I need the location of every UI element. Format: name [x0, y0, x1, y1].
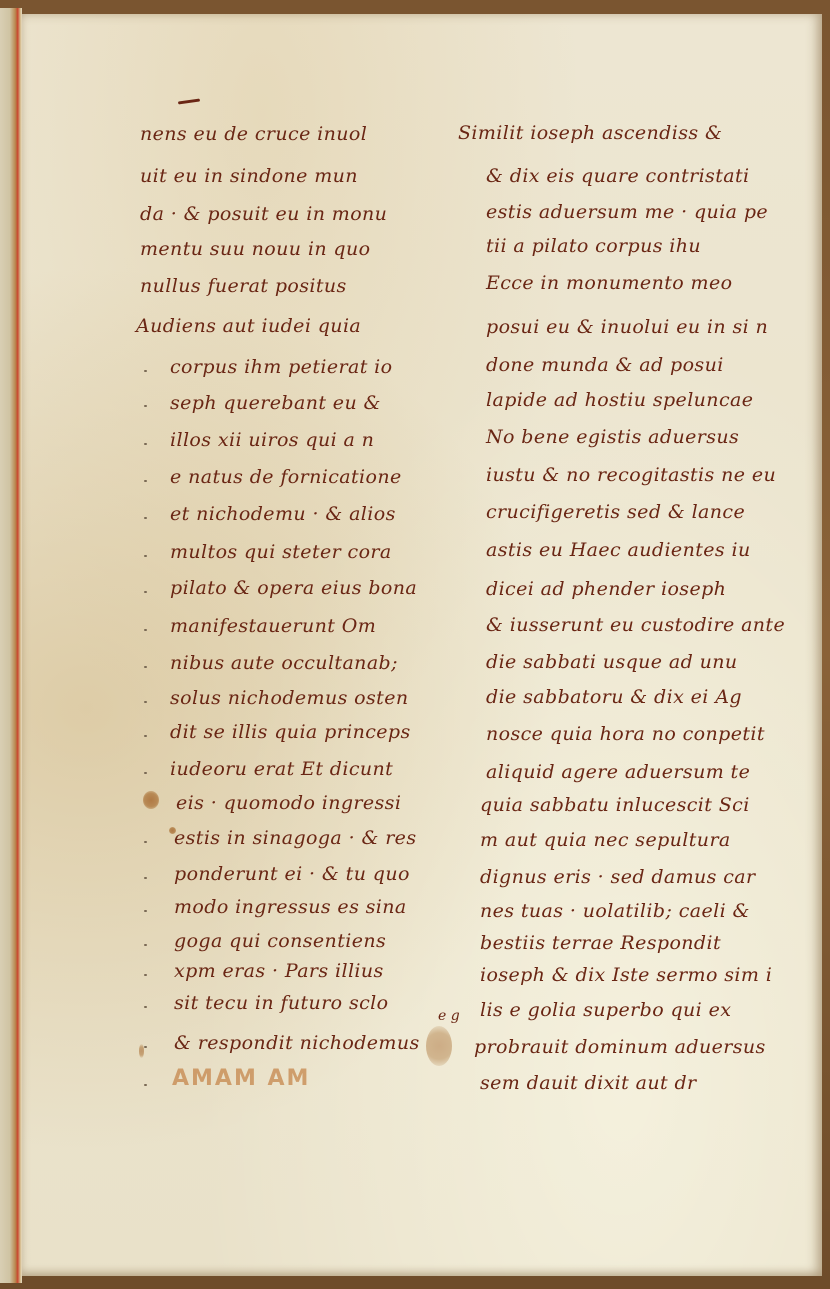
text-line: quia sabbatu inlucescit Sci: [480, 788, 750, 822]
text-line: nibus aute occultanab;: [170, 646, 398, 680]
text-line: modo ingressus es sina: [174, 890, 407, 924]
text-line: corpus ihm petierat io: [170, 350, 393, 384]
pricking-mark: [144, 735, 147, 737]
text-line: posui eu & inuolui eu in si n: [486, 310, 768, 344]
gutter-edge: [0, 8, 22, 1283]
text-line: e natus de fornicatione: [170, 460, 402, 494]
pricking-mark: [144, 772, 147, 774]
text-line: iudeoru erat Et dicunt: [170, 752, 393, 786]
ink-stain: [426, 1026, 452, 1066]
ink-stain: [143, 791, 159, 809]
text-line: crucifigeretis sed & lance: [486, 495, 745, 529]
text-line: solus nichodemus osten: [170, 681, 408, 715]
text-line: multos qui steter cora: [170, 535, 392, 569]
text-line: dit se illis quia princeps: [170, 715, 411, 749]
text-line: estis in sinagoga · & res: [174, 821, 416, 855]
text-line: & iusserunt eu custodire ante: [486, 608, 785, 642]
text-line: die sabbati usque ad unu: [486, 645, 738, 679]
text-line: mentu suu nouu in quo: [140, 232, 370, 266]
text-line: uit eu in sindone mun: [140, 159, 358, 193]
pricking-mark: [144, 591, 147, 593]
text-line: ponderunt ei · & tu quo: [174, 857, 410, 891]
pricking-mark: [144, 443, 147, 445]
text-line: nens eu de cruce inuol: [140, 117, 367, 151]
superscript-correction: e g: [438, 1008, 460, 1024]
pricking-mark: [144, 877, 147, 879]
text-line: m aut quia nec sepultura: [480, 823, 731, 857]
pricking-mark: [144, 629, 147, 631]
text-line: astis eu Haec audientes iu: [486, 533, 751, 567]
text-line: xpm eras · Pars illius: [174, 954, 384, 988]
text-line: et nichodemu · & alios: [170, 497, 396, 531]
text-line: illos xii uiros qui a n: [170, 423, 374, 457]
text-line: dicei ad phender ioseph: [486, 572, 726, 606]
text-line: pilato & opera eius bona: [170, 571, 417, 605]
text-line: iustu & no recogitastis ne eu: [486, 458, 776, 492]
text-line: dignus eris · sed damus car: [480, 860, 756, 894]
text-line: estis aduersum me · quia pe: [486, 195, 768, 229]
text-line: da · & posuit eu in monu: [140, 197, 387, 231]
text-line: bestiis terrae Respondit: [480, 926, 721, 960]
text-line: eis · quomodo ingressi: [176, 786, 401, 820]
pricking-mark: [144, 1046, 147, 1048]
pricking-mark: [144, 841, 147, 843]
text-line: nosce quia hora no conpetit: [486, 717, 765, 751]
pricking-mark: [144, 974, 147, 976]
pricking-mark: [144, 666, 147, 668]
text-line: sem dauit dixit aut dr: [480, 1066, 697, 1100]
pricking-mark: [144, 944, 147, 946]
pricking-mark: [144, 370, 147, 372]
text-line: sit tecu in futuro sclo: [174, 986, 388, 1020]
rubric-tail: AMAM AM: [172, 1066, 310, 1091]
pricking-mark: [144, 701, 147, 703]
text-line: probrauit dominum aduersus: [474, 1030, 766, 1064]
text-line: die sabbatoru & dix ei Ag: [486, 680, 742, 714]
text-line: Ecce in monumento meo: [486, 266, 732, 300]
pricking-mark: [144, 517, 147, 519]
text-line: nes tuas · uolatilib; caeli &: [480, 894, 750, 928]
text-line: lapide ad hostiu speluncae: [486, 383, 753, 417]
text-line: nullus fuerat positus: [140, 269, 347, 303]
pricking-mark: [144, 1084, 147, 1086]
text-line: tii a pilato corpus ihu: [486, 229, 701, 263]
pricking-mark: [144, 555, 147, 557]
text-line: & respondit nichodemus: [174, 1026, 420, 1060]
text-line: aliquid agere aduersum te: [486, 755, 750, 789]
text-line: No bene egistis aduersus: [486, 420, 739, 454]
text-line: Audiens aut iudei quia: [136, 309, 361, 343]
text-line: goga qui consentiens: [174, 924, 386, 958]
pricking-mark: [144, 1006, 147, 1008]
text-line: manifestauerunt Om: [170, 609, 376, 643]
text-line: Similit ioseph ascendiss &: [458, 116, 722, 150]
text-line: & dix eis quare contristati: [486, 159, 750, 193]
text-line: seph querebant eu &: [170, 386, 381, 420]
text-line: ioseph & dix Iste sermo sim i: [480, 958, 772, 992]
text-line: lis e golia superbo qui ex: [480, 993, 731, 1027]
pricking-mark: [144, 480, 147, 482]
pricking-mark: [144, 405, 147, 407]
text-line: done munda & ad posui: [486, 348, 724, 382]
pricking-mark: [144, 910, 147, 912]
